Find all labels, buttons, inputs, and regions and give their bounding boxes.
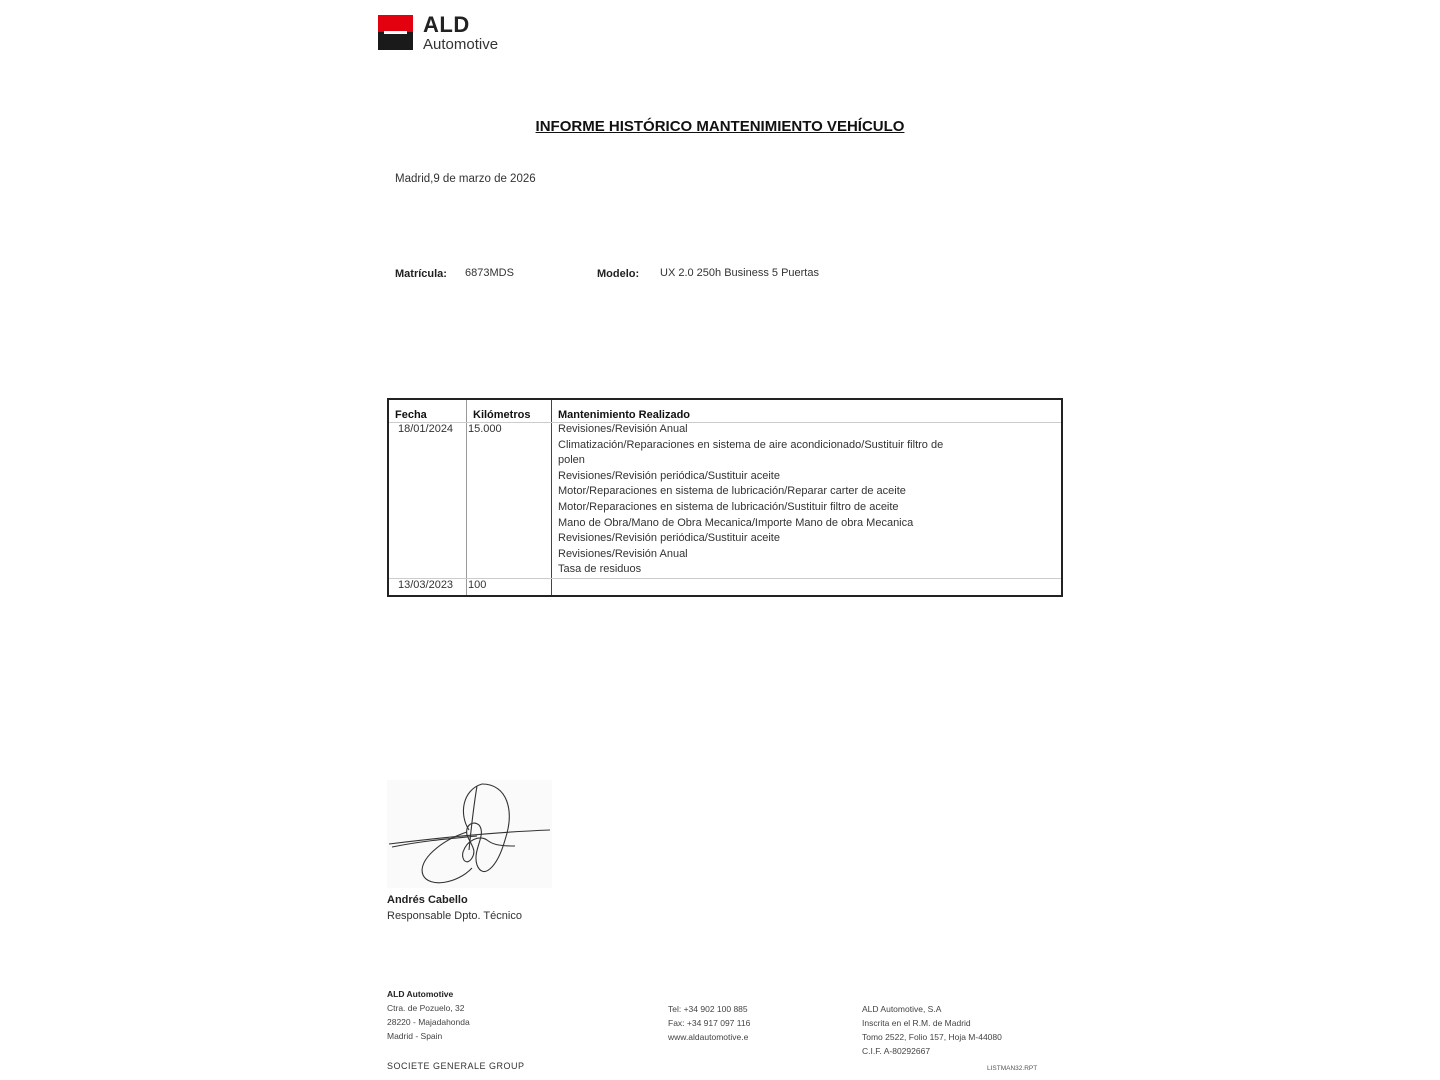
footer-contact: Tel: +34 902 100 885 Fax: +34 917 097 11… <box>668 1002 750 1044</box>
row-km: 15.000 <box>468 422 502 438</box>
footer-address-line: 28220 - Majadahonda <box>387 1015 470 1029</box>
footer-legal-line: Inscrita en el R.M. de Madrid <box>862 1016 1002 1030</box>
footer-legal-line: ALD Automotive, S.A <box>862 1002 1002 1016</box>
maintenance-item: Climatización/Reparaciones en sistema de… <box>558 438 943 454</box>
row-maintenance-items: Revisiones/Revisión AnualClimatización/R… <box>558 422 943 578</box>
plate-label: Matrícula: <box>395 268 447 280</box>
footer-legal: ALD Automotive, S.A Inscrita en el R.M. … <box>862 1002 1002 1058</box>
maintenance-item: polen <box>558 453 943 469</box>
logo-mark-icon <box>378 15 413 50</box>
document-title: INFORME HISTÓRICO MANTENIMIENTO VEHÍCULO <box>0 118 1440 135</box>
signature-image <box>387 780 552 888</box>
row-date: 13/03/2023 <box>398 578 453 594</box>
row-date: 18/01/2024 <box>398 422 453 438</box>
maintenance-item: Mano de Obra/Mano de Obra Mecanica/Impor… <box>558 516 943 532</box>
footer-address-line: Ctra. de Pozuelo, 32 <box>387 1001 470 1015</box>
plate-value: 6873MDS <box>465 267 514 279</box>
maintenance-item: Revisiones/Revisión periódica/Sustituir … <box>558 531 943 547</box>
maintenance-item: Revisiones/Revisión Anual <box>558 547 943 563</box>
model-value: UX 2.0 250h Business 5 Puertas <box>660 267 819 279</box>
footer-phone: Tel: +34 902 100 885 <box>668 1002 750 1016</box>
maintenance-item: Motor/Reparaciones en sistema de lubrica… <box>558 500 943 516</box>
row-km: 100 <box>468 578 486 594</box>
footer-group-name: SOCIETE GENERALE GROUP <box>387 1061 525 1071</box>
footer-company: ALD Automotive <box>387 987 470 1001</box>
place-date: Madrid,9 de marzo de 2026 <box>395 173 536 185</box>
footer-address: ALD Automotive Ctra. de Pozuelo, 32 2822… <box>387 987 470 1043</box>
signer-name: Andrés Cabello <box>387 894 468 906</box>
logo-brand-text: ALD <box>423 12 470 38</box>
maintenance-table: Fecha Kilómetros Mantenimiento Realizado… <box>387 398 1063 597</box>
ald-automotive-logo: ALD Automotive <box>378 14 508 54</box>
footer-fax: Fax: +34 917 097 116 <box>668 1016 750 1030</box>
column-divider <box>466 400 467 595</box>
maintenance-item: Revisiones/Revisión Anual <box>558 422 943 438</box>
footer-website[interactable]: www.aldautomotive.e <box>668 1030 750 1044</box>
model-label: Modelo: <box>597 268 639 280</box>
column-divider <box>551 400 552 595</box>
footer-address-line: Madrid - Spain <box>387 1029 470 1043</box>
row-divider <box>389 578 1061 579</box>
maintenance-item: Motor/Reparaciones en sistema de lubrica… <box>558 484 943 500</box>
footer-legal-line: Tomo 2522, Folio 157, Hoja M-44080 <box>862 1030 1002 1044</box>
footer-legal-line: C.I.F. A-80292667 <box>862 1044 1002 1058</box>
logo-sub-text: Automotive <box>423 36 498 53</box>
report-code: LISTMAN32.RPT <box>987 1065 1037 1072</box>
maintenance-item: Revisiones/Revisión periódica/Sustituir … <box>558 469 943 485</box>
signer-role: Responsable Dpto. Técnico <box>387 910 522 922</box>
maintenance-item: Tasa de residuos <box>558 562 943 578</box>
